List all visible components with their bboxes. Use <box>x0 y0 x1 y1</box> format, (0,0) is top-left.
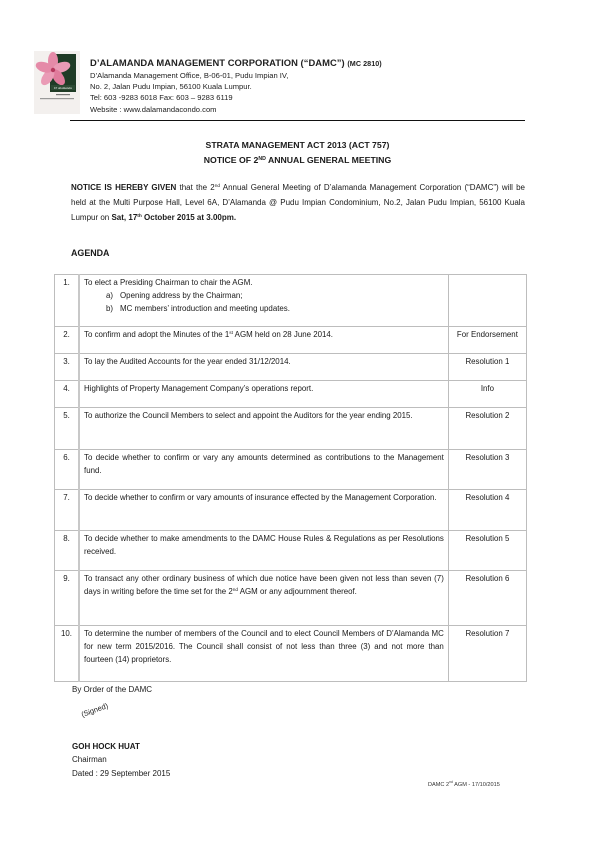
table-row: 5. To authorize the Council Members to s… <box>55 408 527 450</box>
organization-code: (MC 2810) <box>347 59 381 68</box>
by-order-line: By Order of the DAMC <box>72 685 152 694</box>
signature-date: Dated : 29 September 2015 <box>72 767 170 780</box>
table-row: 6. To decide whether to confirm or vary … <box>55 450 527 490</box>
contact-numbers: Tel: 603 -9283 6018 Fax: 603 – 9283 6119 <box>90 92 382 103</box>
signatory-name: GOH HOCK HUAT <box>72 740 170 753</box>
signatory-title: Chairman <box>72 753 170 766</box>
act-title: STRATA MANAGEMENT ACT 2013 (ACT 757) <box>0 138 595 153</box>
notice-paragraph: NOTICE IS HEREBY GIVEN that the 2nd Annu… <box>71 180 525 226</box>
organization-name: D’ALAMANDA MANAGEMENT CORPORATION (“DAMC… <box>90 57 382 70</box>
notice-title: NOTICE OF 2ND ANNUAL GENERAL MEETING <box>0 153 595 168</box>
table-row: 3. To lay the Audited Accounts for the y… <box>55 354 527 381</box>
agenda-heading: AGENDA <box>71 248 109 258</box>
header-divider <box>70 120 525 121</box>
table-row: 2. To confirm and adopt the Minutes of t… <box>55 327 527 354</box>
organization-logo: D' Alamanda <box>34 51 80 114</box>
table-row: 8. To decide whether to make amendments … <box>55 531 527 571</box>
letterhead: D’ALAMANDA MANAGEMENT CORPORATION (“DAMC… <box>90 57 382 115</box>
table-row: 10. To determine the number of members o… <box>55 626 527 682</box>
sub-item: a)Opening address by the Chairman; <box>84 290 444 303</box>
signed-mark: (Signed) <box>80 701 109 719</box>
svg-text:D' Alamanda: D' Alamanda <box>54 86 72 90</box>
sub-item: b)MC members’ introduction and meeting u… <box>84 303 444 316</box>
website: Website : www.dalamandacondo.com <box>90 104 382 115</box>
agenda-table: 1. To elect a Presiding Chairman to chai… <box>54 274 527 682</box>
signature-block: GOH HOCK HUAT Chairman Dated : 29 Septem… <box>72 740 170 780</box>
meeting-date: Sat, 17th October 2015 at 3.00pm. <box>111 213 236 222</box>
address-line-2: No. 2, Jalan Pudu Impian, 56100 Kuala Lu… <box>90 81 382 92</box>
page-footer: DAMC 2nd AGM - 17/10/2015 <box>428 782 500 788</box>
table-row: 9. To transact any other ordinary busine… <box>55 571 527 626</box>
address-line-1: D’Alamanda Management Office, B-06-01, P… <box>90 70 382 81</box>
flower-logo-icon: D' Alamanda <box>34 51 80 114</box>
document-titles: STRATA MANAGEMENT ACT 2013 (ACT 757) NOT… <box>0 138 595 168</box>
table-row: 7. To decide whether to confirm or vary … <box>55 490 527 531</box>
table-row: 1. To elect a Presiding Chairman to chai… <box>55 275 527 327</box>
table-row: 4. Highlights of Property Management Com… <box>55 381 527 408</box>
